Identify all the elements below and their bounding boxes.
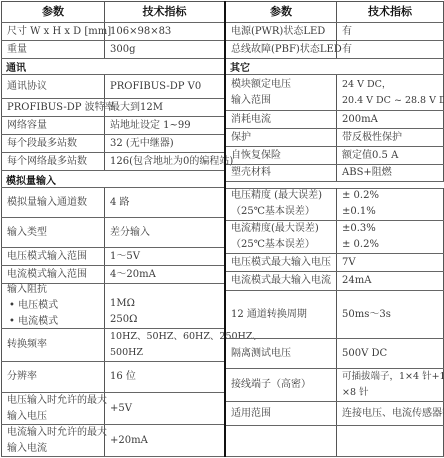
spec-cell: PROFIBUS-DP V0 <box>104 75 224 98</box>
param-cell: 模块额定电压 输入范围 <box>226 75 336 110</box>
table-row: 通讯协议 PROFIBUS-DP V0 <box>1 75 224 99</box>
param-cell: 网络容量 <box>1 117 104 134</box>
spec-cell: 1MΩ 250Ω <box>104 284 224 328</box>
table-row: 电压精度 (最大误差) （25℃基本误差） ± 0.2% ±0.1% <box>226 188 444 221</box>
spec-line: 10HZ、50HZ、60HZ、250HZ、 <box>110 329 224 345</box>
spec-cell: 500V DC <box>336 339 444 368</box>
table-row: 网络容量 站地址设定 1~99 <box>1 117 224 135</box>
spec-line: 500HZ <box>110 345 224 361</box>
param-cell: 转换频率 <box>1 329 104 361</box>
param-cell: 电源(PWR)状态LED <box>226 23 336 40</box>
param-cell: 适用范围 <box>226 402 336 425</box>
spec-cell: 200mA <box>336 111 444 128</box>
param-cell: 电压模式最大输入电压 <box>226 254 336 271</box>
param-line: 输入电压 <box>7 409 104 425</box>
section-title: 模拟量输入 <box>1 171 224 187</box>
table-row: 电流模式最大输入电流 24mA <box>226 272 444 291</box>
section-title: 通讯 <box>1 59 224 74</box>
param-line: 输入电流 <box>7 441 104 457</box>
table-row: 模拟量输入通道数 4 路 <box>1 188 224 218</box>
table-row: 输入类型 差分输入 <box>1 218 224 248</box>
spec-cell: 24mA <box>336 272 444 290</box>
table-row: 电压模式最大输入电压 7V <box>226 254 444 272</box>
spec-cell: 10HZ、50HZ、60HZ、250HZ、 500HZ <box>104 329 224 361</box>
spec-line: ± 0.2% <box>342 188 443 204</box>
param-line: 电流输入时允许的最大 <box>7 425 104 441</box>
param-line: 电压精度 (最大误差) <box>231 188 336 204</box>
param-cell: 输入类型 <box>1 218 104 247</box>
spec-cell: 连接电压、电流传感器等 <box>336 402 444 425</box>
param-cell: 模拟量输入通道数 <box>1 188 104 217</box>
param-cell: 电压模式输入范围 <box>1 248 104 265</box>
table-row: 塑壳材料 ABS+阻燃 <box>226 165 444 182</box>
table-row: 电压模式输入范围 1～5V <box>1 248 224 266</box>
param-cell: 电流输入时允许的最大 输入电流 <box>1 425 104 456</box>
spec-cell: 16 位 <box>104 362 224 392</box>
table-row: 接线端子（高密） 可插拔端子，1×4 针+1 ×8 针 <box>226 369 444 402</box>
table-row: 尺寸 W x H x D [mm] 106×98×83 <box>1 23 224 41</box>
header-row: 参数 技术指标 <box>1 1 224 23</box>
table-row: 输入阻抗 • 电压模式 • 电流模式 1MΩ 250Ω <box>1 284 224 329</box>
param-cell: 12 通道转换周期 <box>226 291 336 338</box>
table-row: 分辨率 16 位 <box>1 362 224 393</box>
spec-cell: ±0.3% ± 0.2% <box>336 221 444 253</box>
param-cell: 消耗电流 <box>226 111 336 128</box>
table-row: 自恢复保险 额定值0.5 A <box>226 147 444 165</box>
section-row-comm: 通讯 <box>1 59 224 75</box>
table-row: 每个网络最多站数 126(包含地址为0的编程站) <box>1 153 224 171</box>
spec-cell: 额定值0.5 A <box>336 147 444 164</box>
param-line: （25℃基本误差） <box>231 204 336 220</box>
spec-cell: 有 <box>336 41 444 58</box>
spec-cell: 32 (无中继器) <box>104 135 224 152</box>
spec-cell: 1～5V <box>104 248 224 265</box>
param-cell: 每个网络最多站数 <box>1 153 104 170</box>
table-row: 总线故障(PBF)状态LED 有 <box>226 41 444 59</box>
header-row: 参数 技术指标 <box>226 1 444 23</box>
spec-cell: 差分输入 <box>104 218 224 247</box>
section-row-analog: 模拟量输入 <box>1 171 224 188</box>
param-line: 输入范围 <box>231 93 336 109</box>
param-line: 电压输入时允许的最大 <box>7 393 104 409</box>
table-row: 每个段最多站数 32 (无中继器) <box>1 135 224 153</box>
spec-cell: 4～20mA <box>104 266 224 283</box>
param-cell: 自恢复保险 <box>226 147 336 164</box>
spec-line <box>110 284 224 296</box>
param-cell: 隔离测试电压 <box>226 339 336 368</box>
table-row: 隔离测试电压 500V DC <box>226 339 444 369</box>
table-row: 12 通道转换周期 50ms～3s <box>226 291 444 339</box>
spec-line: ±0.3% <box>342 221 443 237</box>
spec-line: 24 V DC， <box>342 77 443 93</box>
spec-cell: 站地址设定 1~99 <box>104 117 224 134</box>
param-cell: 重量 <box>1 41 104 58</box>
table-row: 电流输入时允许的最大 输入电流 +20mA <box>1 425 224 457</box>
spec-cell: 7V <box>336 254 444 271</box>
table-row: PROFIBUS-DP 波特率 最大到12M <box>1 99 224 117</box>
spec-cell: 126(包含地址为0的编程站) <box>104 153 224 170</box>
header-param: 参数 <box>1 1 104 22</box>
spec-cell: +20mA <box>104 425 224 456</box>
spec-cell: 24 V DC， 20.4 V DC ~ 28.8 V DC <box>336 75 444 110</box>
param-cell: 总线故障(PBF)状态LED <box>226 41 336 58</box>
spec-cell: 可插拔端子，1×4 针+1 ×8 针 <box>336 369 444 401</box>
param-cell: 保护 <box>226 129 336 146</box>
spec-line: ±0.1% <box>342 204 443 220</box>
table-row: 模块额定电压 输入范围 24 V DC， 20.4 V DC ~ 28.8 V … <box>226 75 444 111</box>
param-cell: 电压输入时允许的最大 输入电压 <box>1 393 104 424</box>
spec-cell: 带反极性保护 <box>336 129 444 146</box>
spec-cell <box>336 426 444 456</box>
spec-line: 250Ω <box>110 312 224 328</box>
spec-line: ×8 针 <box>342 385 443 401</box>
param-cell: 电流模式最大输入电流 <box>226 272 336 290</box>
param-cell: 通讯协议 <box>1 75 104 98</box>
spec-cell: 4 路 <box>104 188 224 217</box>
spec-line: 1MΩ <box>110 296 224 312</box>
table-row: 保护 带反极性保护 <box>226 129 444 147</box>
spec-table: 参数 技术指标 尺寸 W x H x D [mm] 106×98×83 重量 3… <box>1 1 442 456</box>
param-cell: 输入阻抗 • 电压模式 • 电流模式 <box>1 284 104 328</box>
table-row: 电压输入时允许的最大 输入电压 +5V <box>1 393 224 425</box>
param-line: • 电流模式 <box>7 314 104 330</box>
param-cell: 分辨率 <box>1 362 104 392</box>
param-cell: 电流模式输入范围 <box>1 266 104 283</box>
table-row: 电源(PWR)状态LED 有 <box>226 23 444 41</box>
header-spec: 技术指标 <box>336 1 444 22</box>
param-cell: PROFIBUS-DP 波特率 <box>1 99 104 116</box>
spec-cell: 50ms～3s <box>336 291 444 338</box>
spec-line: 可插拔端子，1×4 针+1 <box>342 369 443 385</box>
param-cell: 尺寸 W x H x D [mm] <box>1 23 104 40</box>
param-line: （25℃基本误差） <box>231 237 336 253</box>
param-cell: 电流精度(最大误差) （25℃基本误差） <box>226 221 336 253</box>
section-row-other: 其它 <box>226 59 444 75</box>
spec-cell: 300g <box>104 41 224 58</box>
spec-table-right: 参数 技术指标 电源(PWR)状态LED 有 总线故障(PBF)状态LED 有 … <box>224 1 444 457</box>
spec-cell: ± 0.2% ±0.1% <box>336 188 444 220</box>
param-cell: 接线端子（高密） <box>226 369 336 401</box>
param-line: 输入阻抗 <box>7 282 104 298</box>
param-line: 电流精度(最大误差) <box>231 221 336 237</box>
header-spec: 技术指标 <box>104 1 224 22</box>
spec-cell: 有 <box>336 23 444 40</box>
table-row: 消耗电流 200mA <box>226 111 444 129</box>
section-title: 其它 <box>226 59 444 74</box>
param-cell: 塑壳材料 <box>226 165 336 181</box>
table-row: 适用范围 连接电压、电流传感器等 <box>226 402 444 426</box>
param-cell <box>226 426 336 456</box>
table-row: 转换频率 10HZ、50HZ、60HZ、250HZ、 500HZ <box>1 329 224 362</box>
spec-cell: 最大到12M <box>104 99 224 116</box>
table-row: 重量 300g <box>1 41 224 59</box>
param-cell: 电压精度 (最大误差) （25℃基本误差） <box>226 188 336 220</box>
table-row <box>226 426 444 457</box>
table-row: 电流精度(最大误差) （25℃基本误差） ±0.3% ± 0.2% <box>226 221 444 254</box>
spec-line: 20.4 V DC ~ 28.8 V DC <box>342 93 443 109</box>
param-line: • 电压模式 <box>7 298 104 314</box>
spec-line: ± 0.2% <box>342 237 443 253</box>
header-param: 参数 <box>226 1 336 22</box>
spec-cell: 106×98×83 <box>104 23 224 40</box>
spec-cell: +5V <box>104 393 224 424</box>
param-cell: 每个段最多站数 <box>1 135 104 152</box>
param-line: 模块额定电压 <box>231 77 336 93</box>
spec-cell: ABS+阻燃 <box>336 165 444 181</box>
